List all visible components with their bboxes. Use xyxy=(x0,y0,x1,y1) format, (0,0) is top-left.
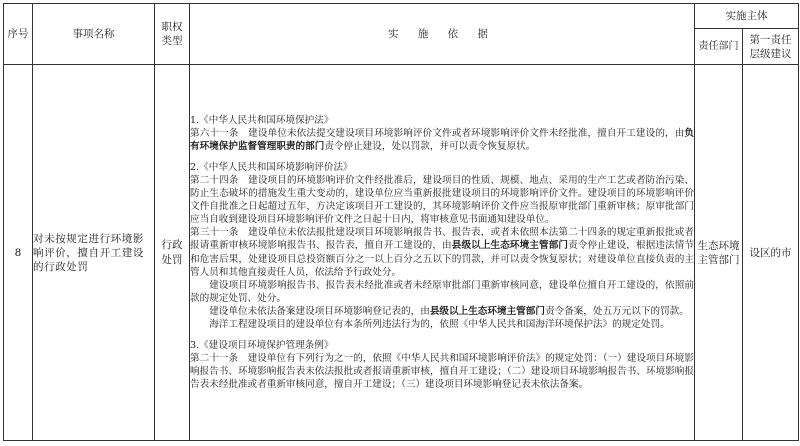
table-row: 8 对未按规定进行环境影响评价，擅自开工建设的行政处罚 行政处罚 1.《中华人民… xyxy=(4,65,799,441)
cell-seq: 8 xyxy=(4,65,33,441)
law-2-para-4-tail: 责令备案，处五万元以下的罚款。 xyxy=(545,306,689,317)
header-responsible-dept: 责任部门 xyxy=(695,29,743,65)
law-2-para-4-text: 建设单位未依法备案建设项目环境影响登记表的，由 xyxy=(209,306,430,317)
header-implementing-body: 实施主体 xyxy=(695,4,799,29)
cell-responsible-dept: 生态环境主管部门 xyxy=(695,65,743,441)
law-1-text: 第六十一条 建设单位未依法提交建设项目环境影响评价文件或者环境影响评价文件未经批… xyxy=(190,128,684,139)
law-2-authority-emphasis: 县级以上生态环境主管部门 xyxy=(452,240,568,251)
header-authority-type: 职权类型 xyxy=(155,4,190,65)
cell-first-level: 设区的市 xyxy=(743,65,799,441)
header-seq: 序号 xyxy=(4,4,33,65)
law-3-title: 3.《建设项目环境保护管理条例》 xyxy=(190,339,694,352)
header-basis: 实 施 依 据 xyxy=(190,4,695,65)
law-2-para-4-emphasis: 县级以上生态环境主管部门 xyxy=(430,306,545,317)
law-1-text-tail: 责令停止建设，处以罚款，并可以责令恢复原状。 xyxy=(324,141,535,152)
law-3-article-21: 第二十一条 建设单位有下列行为之一的，依照《中华人民共和国环境影响评价法》的规定… xyxy=(190,352,694,391)
law-2-para-4: 建设单位未依法备案建设项目环境影响登记表的，由县级以上生态环境主管部门责令备案，… xyxy=(190,305,694,318)
law-2-article-24: 第二十四条 建设项目的环境影响评价文件经批准后，建设项目的性质、规模、地点、采用… xyxy=(190,174,694,226)
law-2-title: 2.《中华人民共和国环境影响评价法》 xyxy=(190,161,694,174)
law-2-article-31: 第三十一条 建设单位未依法报批建设项目环境影响报告书、报告表，或者未依照本法第二… xyxy=(190,226,694,278)
cell-authority-type: 行政处罚 xyxy=(155,65,190,441)
law-1-article-61: 第六十一条 建设单位未依法提交建设项目环境影响评价文件或者环境影响评价文件未经批… xyxy=(190,127,694,153)
law-2-para-3: 建设项目环境影响报告书、报告表未经批准或者未经原审批部门重新审核同意，建设单位擅… xyxy=(190,279,694,305)
header-item-name: 事项名称 xyxy=(33,4,155,65)
law-1-title: 1.《中华人民共和国环境保护法》 xyxy=(190,114,694,127)
header-first-level: 第一责任层级建议 xyxy=(743,29,799,65)
cell-basis: 1.《中华人民共和国环境保护法》 第六十一条 建设单位未依法提交建设项目环境影响… xyxy=(190,65,695,441)
cell-item-name: 对未按规定进行环境影响评价，擅自开工建设的行政处罚 xyxy=(33,65,155,441)
authority-list-table: 序号 事项名称 职权类型 实 施 依 据 实施主体 责任部门 第一责任层级建议 … xyxy=(3,3,799,441)
law-2-para-5: 海洋工程建设项目的建设单位有本条所列违法行为的，依照《中华人民共和国海洋环境保护… xyxy=(190,318,694,331)
